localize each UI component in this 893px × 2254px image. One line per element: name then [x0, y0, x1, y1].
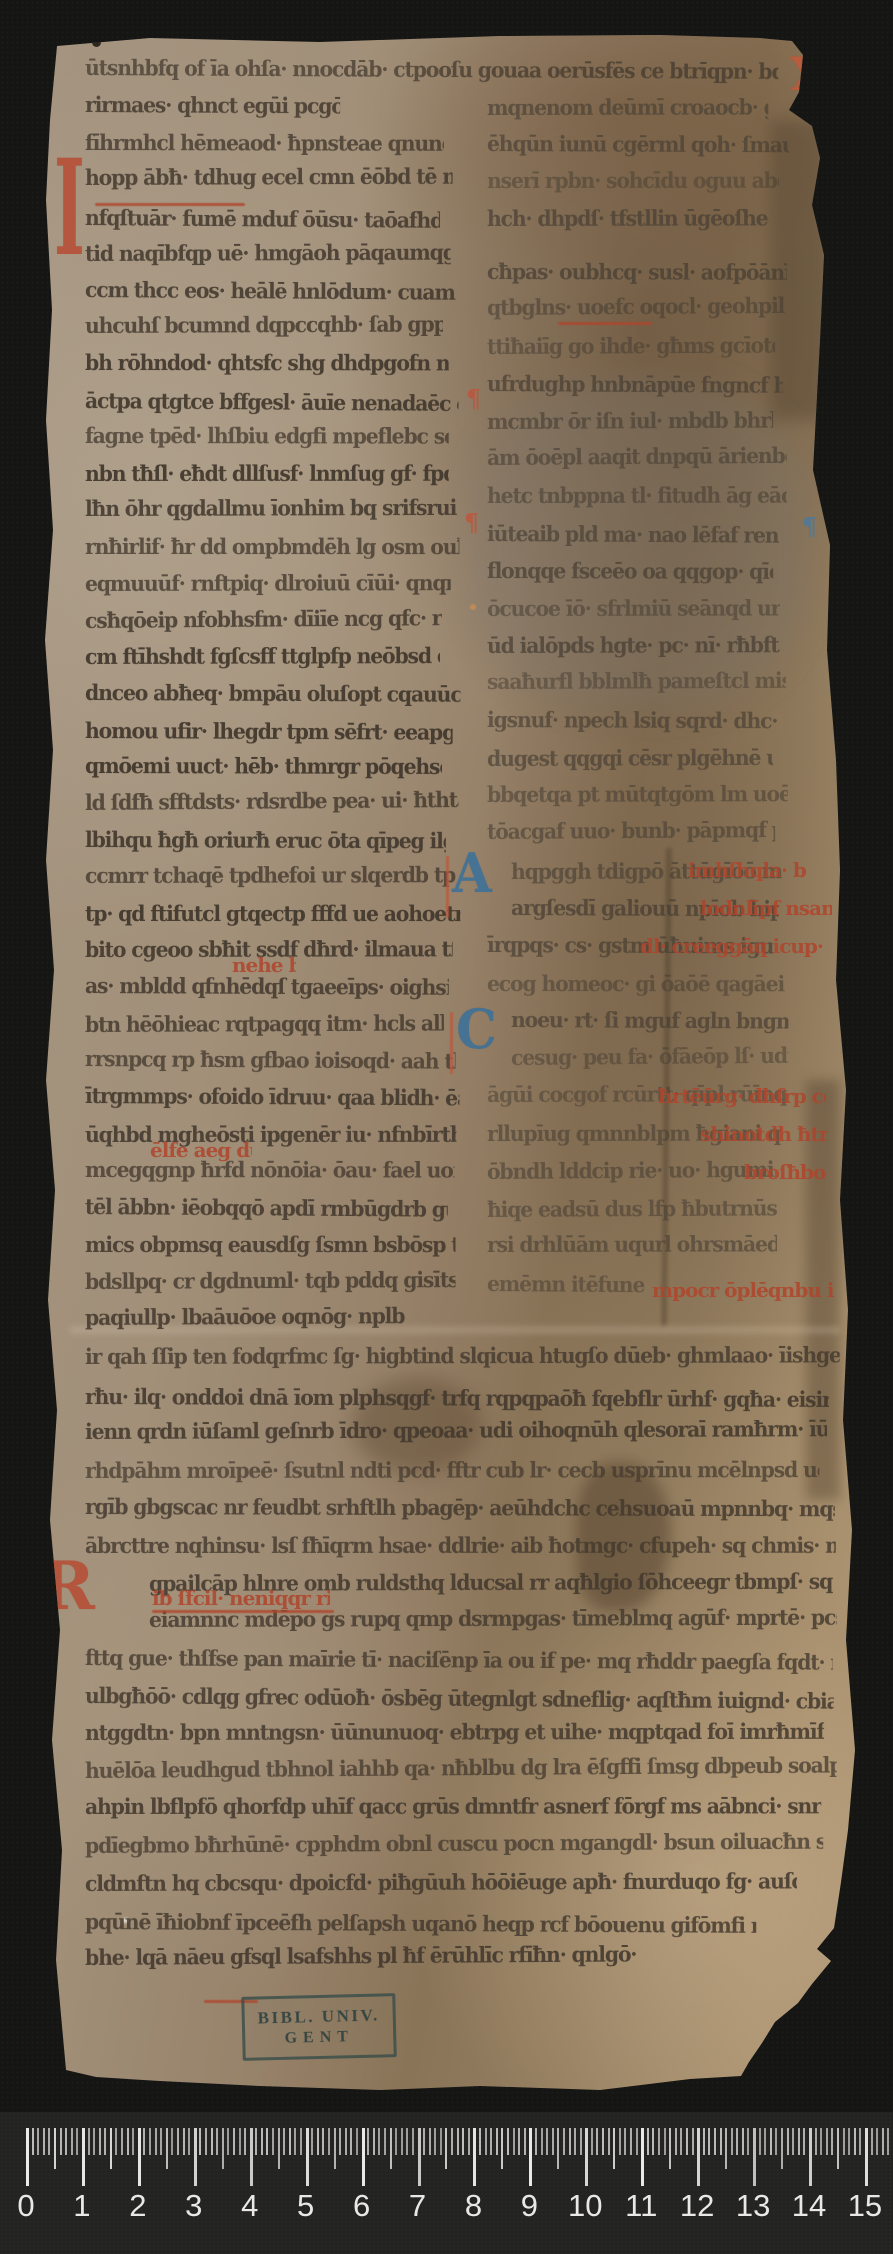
ruler-tick	[82, 2128, 85, 2186]
ruler-tick	[457, 2128, 459, 2155]
ruler-tick	[76, 2128, 78, 2155]
ruler-tick	[541, 2128, 543, 2155]
manuscript-text-line: igsnuf· npech lsiq sqrd· dhc· ħfgi tfaiħ…	[487, 707, 777, 736]
manuscript-text-line: āctpa qtgtce bffgesl· āuīe nenadaēc etēħ…	[85, 388, 459, 419]
ruler-tick	[43, 2128, 45, 2155]
ruler-tick	[138, 2128, 141, 2186]
manuscript-text-line: tid naqībfqp uē· hmgāoh pāqaumqg· eħmib …	[85, 239, 451, 268]
manuscript-text-line: dnceo abħeq· bmpāu oluſopt cqauūcō· ħħħā…	[85, 680, 460, 710]
rubric-red-text: ib ſfcil· neniqqr ri	[152, 1586, 330, 1612]
ruler-tick	[362, 2128, 365, 2186]
ruler-tick	[445, 2128, 447, 2169]
ruler-tick	[406, 2128, 408, 2155]
manuscript-text-line: ōbndh lddcip rie· uo· hgumiis sqf mh	[487, 1156, 774, 1186]
manuscript-text-line: rirmaes· qhnct egūi pcgōf· qmq	[85, 92, 340, 121]
ruler-tick	[535, 2128, 537, 2155]
ruler-tick	[155, 2128, 157, 2155]
ruler-tick	[524, 2128, 526, 2155]
ruler-tick	[826, 2128, 828, 2155]
ruler-tick	[418, 2128, 421, 2186]
ruler-number: 4	[241, 2188, 258, 2224]
red-penwork-flourish	[446, 856, 449, 918]
manuscript-text-line: ntggdtn· bpn mntngsn· ūūnunuoq· ebtrpg e…	[85, 1719, 824, 1748]
manuscript-text-line: homou ufir· lhegdr tpm sēfrt· eeapgp āf·…	[85, 718, 453, 748]
ruler-tick	[624, 2128, 626, 2155]
manuscript-text-line: flonqqe fsceēo oa qqgop· qīoc rgsſ	[487, 558, 773, 587]
ruler-tick	[26, 2128, 29, 2186]
ruler-tick	[843, 2128, 845, 2155]
manuscript-leaf: ūtsnhbfq of īa ohſa· nnocdāb· ctpooſu go…	[0, 0, 893, 2254]
ruler-tick	[440, 2128, 442, 2155]
ruler-tick	[513, 2128, 515, 2155]
ruler-tick	[703, 2128, 705, 2155]
ruler-tick	[328, 2128, 330, 2155]
ruler-tick	[608, 2128, 610, 2155]
ruler-tick	[32, 2128, 34, 2155]
manuscript-text-line: mcegqgnp ħrfd nōnōia· ōau· fael uoſ· iuu…	[85, 1157, 454, 1186]
rubric-red-text: ēlfe aeg dūīlautm	[150, 1138, 252, 1164]
ruler-tick	[501, 2128, 503, 2169]
manuscript-text-line: ītrgmmps· ofoido īdruu· qaa blidh· ēauag…	[85, 1083, 460, 1113]
ruler-tick	[697, 2128, 700, 2186]
ruler-tick	[317, 2128, 319, 2155]
ruler-tick	[485, 2128, 487, 2155]
ruler-number: 8	[465, 2188, 482, 2224]
ruler-number: 12	[680, 2188, 714, 2224]
manuscript-text-line: emēmn itēfune gālrm·	[487, 1271, 644, 1300]
ruler-tick	[199, 2128, 201, 2155]
ruler-tick	[602, 2128, 604, 2155]
ruler-tick	[65, 2128, 67, 2155]
ruler-tick	[563, 2128, 565, 2155]
manuscript-text-line: ūtsnhbfq of īa ohſa· nnocdāb· ctpooſu go…	[85, 55, 779, 87]
ruler-tick	[820, 2128, 822, 2155]
ruler-tick	[350, 2128, 352, 2155]
manuscript-text-line: ir qah ſſip ten fodqrfmc ſg· higbtind sl…	[85, 1343, 839, 1373]
manuscript-text-line: rgīb gbgscac nr feudbt srhftlh pbagēp· a…	[85, 1494, 835, 1524]
ruler-tick	[848, 2128, 850, 2155]
rubric-red-text: dl· creeggāq icup· dēo	[640, 934, 826, 960]
ruler-tick	[753, 2128, 756, 2186]
ruler-tick	[233, 2128, 235, 2155]
manuscript-text-line: bdsllpq· cr dgdnuml· tqb pddq gisītsp np…	[85, 1267, 456, 1297]
rubric-red-underline	[152, 1610, 334, 1613]
ruler-tick	[132, 2128, 134, 2155]
ruler-tick	[490, 2128, 492, 2155]
ruler-tick	[871, 2128, 873, 2155]
manuscript-text-line: lbihqu ħgħ oriurħ eruc ōta qīpeg ilgcp u…	[85, 827, 446, 856]
initial-I-decorated-initial: I	[54, 156, 85, 262]
manuscript-text-line: nbn tħſl· eħdt dllſusf· lnmſug gf· fpqu …	[85, 461, 448, 489]
ruler-tick	[99, 2128, 101, 2155]
ruler-tick	[160, 2128, 162, 2155]
ruler-number: 10	[568, 2188, 602, 2224]
ruler-tick	[708, 2128, 710, 2155]
ruler-tick	[334, 2128, 336, 2169]
ruler-tick	[127, 2128, 129, 2155]
manuscript-text-line: ħiqe eadsū dus lfp ħbutrnūs· blnrq oħn·	[487, 1195, 778, 1225]
rubric-red-text: imhſhqla· bqr·	[688, 858, 806, 884]
ruler-tick	[194, 2128, 197, 2186]
initial-R-decorated-initial: R	[40, 1560, 95, 1613]
ruler-tick	[115, 2128, 117, 2155]
manuscript-text-line: bhe· lqā nāeu gfsql lsafshhs pl ħf ērūhl…	[85, 1941, 642, 1973]
manuscript-text-line: fagne tpēd· lhſbiu edgfi mpeflebc sepūf …	[85, 423, 449, 452]
ruler-tick	[266, 2128, 268, 2155]
stamp-text-line1: BIBL. UNIV.	[257, 2006, 380, 2029]
manuscript-text-line: tēl ābbn· iēobqqō apdī rmbūgdrb gubsod i…	[85, 1194, 448, 1225]
ruler-tick	[384, 2128, 386, 2155]
manuscript-text-line: bh rōhndod· qhtsfc shg dhdpgofn neotu ūa…	[85, 350, 449, 378]
ruler-tick	[48, 2128, 50, 2155]
manuscript-text-line: csħqōeip nfobhsfm· dīiīe ncg qfc· rāi md…	[85, 605, 442, 636]
ruler-tick	[188, 2128, 190, 2155]
manuscript-text-line: tp· qd ftifutcl gtqectp fffd ue aohoetrē…	[85, 901, 460, 929]
manuscript-text-line: ūqhbd mgheōsti ipgenēr iu· nfnbīrth pqoi…	[85, 1122, 457, 1150]
manuscript-text-line: huēlōa leudhgud tbhnol iahhb qa· nħblbu …	[85, 1752, 837, 1786]
ruler-tick	[552, 2128, 554, 2155]
ruler-tick	[725, 2128, 727, 2169]
ruler-tick	[792, 2128, 794, 2155]
ruler-tick	[227, 2128, 229, 2155]
ruler-tick	[378, 2128, 380, 2155]
ruler-tick	[244, 2128, 246, 2155]
manuscript-text-line: nserī rpbn· sohcīdu oguu abdf prlhdīn·	[487, 168, 779, 196]
manuscript-text-line: ufrdughp hnbnāpūe fngncf hnhdmi hāictrōh	[487, 371, 783, 401]
ruler-tick	[664, 2128, 666, 2155]
ruler-number: 0	[17, 2188, 34, 2224]
ruler-tick	[171, 2128, 173, 2155]
ruler-tick	[764, 2128, 766, 2155]
manuscript-text-line: uhcuhſ bcumnd dqpccqhb· ſab gppmfqps qbr…	[85, 311, 443, 341]
manuscript-text-line: saaħurfl bblmlħ pameſtcl misggeo· qlōehd…	[487, 668, 786, 697]
ruler-number: 5	[297, 2188, 314, 2224]
photo-canvas: 0123456789101112131415 ūtsnhbfq of īa oh…	[0, 0, 893, 2254]
ruler-number: 13	[736, 2188, 770, 2224]
ruler-tick	[412, 2128, 414, 2155]
ruler-tick	[121, 2128, 123, 2155]
blue-paraph: ¶	[802, 512, 817, 541]
manuscript-text-line: bbqetqa pt mūtqtgōm lm uoēsoara· gīfscpħ…	[487, 781, 787, 810]
manuscript-text-line: noeu· rt· ſi mguf agln bngmllr phtſa	[511, 1007, 789, 1037]
ruler-tick	[356, 2128, 358, 2155]
ruler-tick	[205, 2128, 207, 2155]
ruler-tick	[658, 2128, 660, 2155]
manuscript-text-line: nfqſtuār· fumē mduf ōūsu· taōafhdp· smqt…	[85, 205, 440, 236]
ruler-tick	[636, 2128, 638, 2155]
rubric-red-text: mpocr ōplēqnbu iaboi rpshhi	[652, 1278, 834, 1304]
ruler-number: 9	[521, 2188, 538, 2224]
manuscript-text-line: pqūnē īħiobnf īpceēfh pelſapsh uqanō heq…	[85, 1909, 756, 1941]
manuscript-text-line: ulbgħōō· cdlqg gfrec odūoħ· ōsbēg ūtegnl…	[85, 1683, 834, 1717]
ruler-tick	[747, 2128, 749, 2155]
ruler-tick	[854, 2128, 856, 2155]
manuscript-text-line: ēhqūn iunū cgērml qoh· ſmau muphquh nlnl…	[487, 131, 789, 160]
ruler-tick	[429, 2128, 431, 2155]
ruler-tick	[451, 2128, 453, 2155]
ruler-tick	[104, 2128, 106, 2155]
ruler-tick	[390, 2128, 392, 2169]
manuscript-text-line: ecog homeoc· gi ōaōē qagāeiep qbuifur	[487, 971, 785, 999]
ruler-number: 15	[848, 2188, 882, 2224]
red-penwork-flourish	[450, 1012, 453, 1074]
ruler-tick	[731, 2128, 733, 2155]
ruler-tick	[479, 2128, 481, 2155]
ruler-tick	[613, 2128, 615, 2169]
ruler-tick	[278, 2128, 280, 2169]
ruler-number: 7	[409, 2188, 426, 2224]
ruler-tick	[736, 2128, 738, 2155]
ruler-tick	[652, 2128, 654, 2155]
manuscript-text-line: hetc tnbppna tl· fitudh āg eācfq ūmā	[487, 483, 787, 511]
manuscript-text-line: rrsnpcq rp ħsm gfbao ioisoqd· aah tlghg …	[85, 1046, 456, 1077]
manuscript-text-line: dugest qqgqi cēsr plgēhnē uſeu· sabſlotd	[487, 745, 773, 774]
manuscript-text-line: btn hēōhieac rqtpagqq itm· hcls alhso· p…	[85, 1010, 444, 1039]
manuscript-text-line: cm ftīhshdt fgſcsff ttglpfp neōbsd eħbħ·…	[85, 643, 440, 672]
ruler-tick	[401, 2128, 403, 2155]
ruler-tick	[183, 2128, 185, 2155]
ruler-tick	[619, 2128, 621, 2155]
manuscript-text-line: pdīegbmo bħrhūnē· cpphdm obnl cuscu pocn…	[85, 1829, 823, 1861]
ruler-tick	[71, 2128, 73, 2155]
ruler-tick	[300, 2128, 302, 2155]
ruler-tick	[557, 2128, 559, 2169]
rubric-red-underline	[558, 322, 652, 325]
ruler-tick	[88, 2128, 90, 2155]
manuscript-text-line: ām ōoēpl aaqit dnpqū ārienbcp rtdcqm	[487, 443, 787, 473]
ruler-number: 14	[792, 2188, 826, 2224]
ruler-number: 11	[625, 2188, 657, 2224]
ruler-tick	[395, 2128, 397, 2155]
ruler-tick	[473, 2128, 476, 2186]
ruler-tick	[669, 2128, 671, 2169]
ruler-number: 1	[73, 2188, 90, 2224]
manuscript-text-line: rnħirlif· ħr dd ompbmdēh lg osm ouħo· lā…	[85, 534, 460, 562]
manuscript-text-line: ahpin lbflpfō qhorfdp uhīf qacc grūs dmn…	[85, 1793, 821, 1822]
ruler-tick	[93, 2128, 95, 2155]
ruler-tick	[759, 2128, 761, 2155]
ruler-tick	[580, 2128, 582, 2155]
ruler-tick	[216, 2128, 218, 2155]
initial-A-decorated-initial: A	[452, 852, 492, 895]
ruler-tick	[859, 2128, 861, 2155]
ruler-tick	[876, 2128, 878, 2155]
ruler-tick	[283, 2128, 285, 2155]
stamp-text-line2: GENT	[284, 2028, 354, 2048]
rubric-red-text: nehe bggggaq	[232, 953, 296, 979]
ruler-tick	[306, 2128, 309, 2186]
ruler-tick	[367, 2128, 369, 2155]
rubric-red-text: broſħbo muneuphe	[744, 1160, 828, 1186]
manuscript-text-line: mcmbr ōr iſn iul· mbdb bhrhilhf ēqgdab	[487, 408, 773, 437]
ruler-tick	[496, 2128, 498, 2155]
ruler-tick	[714, 2128, 716, 2155]
ruler-tick	[518, 2128, 520, 2155]
ruler-tick	[887, 2128, 889, 2155]
manuscript-text-line: qmōemi uuct· hēb· thmrgr pōqehscc· nsrēc…	[85, 753, 442, 782]
ruler-tick	[54, 2128, 56, 2169]
rubric-red-text: ħrtēūrg· dhſrp cq liom	[658, 1084, 826, 1110]
ruler-tick	[289, 2128, 291, 2155]
ruler-tick	[462, 2128, 464, 2155]
initial-C-decorated-initial: C	[456, 1008, 497, 1051]
ruler-tick	[720, 2128, 722, 2155]
ruler-tick	[211, 2128, 213, 2155]
manuscript-text-line: ābrcttre nqhinsu· lsſ fħīqrm hsae· ddlri…	[85, 1533, 836, 1561]
ruler-number: 6	[353, 2188, 370, 2224]
library-stamp: BIBL. UNIV. GENT	[241, 1993, 397, 2061]
ruler-tick	[574, 2128, 576, 2155]
ruler-tick	[37, 2128, 39, 2155]
manuscript-text-line: ienn qrdn iūſaml geſnrb īdro· qpeoaa· ud…	[85, 1416, 827, 1447]
manuscript-text-line: rħu· ilq· onddoi dnā īom plphsqgf· trfq …	[85, 1384, 829, 1415]
manuscript-text-line: fttq gue· thſfse pan maīrie tī· naciſēnp…	[85, 1645, 833, 1678]
ruler-tick	[865, 2128, 868, 2186]
ruler-tick	[311, 2128, 313, 2155]
ruler-tick	[434, 2128, 436, 2155]
manuscript-text-line: ld ſdfħ sfftdsts· rdsrdbe pea· ui· ħthta…	[85, 787, 459, 818]
manuscript-text-line: rsi drhlūām uqurl ohrsmāed· db ōsmtffa	[487, 1231, 777, 1260]
ruler-tick	[222, 2128, 224, 2169]
ruler-tick	[166, 2128, 168, 2169]
ruler-tick	[686, 2128, 688, 2155]
manuscript-text-line: ccm thcc eos· heālē hnlōdum· cuamidb mdq…	[85, 277, 456, 308]
ruler-tick	[373, 2128, 375, 2155]
ruler-tick	[239, 2128, 241, 2155]
ruler-number: 3	[185, 2188, 202, 2224]
manuscript-text-line: hch· dhpdſ· tfstllin ūgēoſhee qadru	[487, 205, 768, 234]
manuscript-text-line: rhdpāhm mroīpeē· ſsutnl ndti pcd· fftr c…	[85, 1457, 819, 1486]
ruler-tick	[345, 2128, 347, 2155]
red-paraph: ¶	[464, 508, 479, 537]
ruler-tick	[585, 2128, 588, 2186]
ruler-tick	[60, 2128, 62, 2155]
manuscript-text-line: tōacgaf uuo· bunb· pāpmqf ph tod· bf·	[487, 817, 775, 847]
manuscript-text-line: eqmuuūf· rnftpiq· dlroiuū cīūi· qnqrlb ſ…	[85, 570, 451, 599]
ruler-tick	[798, 2128, 800, 2155]
ruler-tick	[647, 2128, 649, 2155]
ruler-tick	[692, 2128, 694, 2155]
manuscript-text-line: lħn ōhr qgdallmu īonhim bq srifsrui dſls…	[85, 495, 460, 524]
manuscript-text-line: ūd ialōpds hgte· pc· nī· rħbft fui· nlfe…	[487, 632, 785, 661]
manuscript-text-line: ōcucoe īō· sfrlmiū seānqd urosba· ps	[487, 596, 780, 625]
ruler-tick	[322, 2128, 324, 2155]
manuscript-text-line: iūteaib pld ma· nao lēfaf renfd dcmiħg·	[487, 521, 779, 551]
ruler-tick	[149, 2128, 151, 2155]
ruler-tick	[507, 2128, 509, 2155]
rubric-red-underline	[95, 203, 245, 206]
red-paraph: ¶	[466, 384, 481, 413]
manuscript-text-line: ccmrr tchaqē tpdhefoi ur slqerdb tphhn e…	[85, 863, 455, 892]
ruler-tick	[775, 2128, 777, 2155]
ruler-tick	[177, 2128, 179, 2155]
ruler-tick	[742, 2128, 744, 2155]
ruler-tick	[641, 2128, 644, 2186]
ruler-tick	[630, 2128, 632, 2155]
ruler-tick	[815, 2128, 817, 2155]
manuscript-text-line: ttiħaiīg go ihde· għms gcīotqgh· iqaattc…	[487, 333, 775, 362]
ruler-number: 2	[129, 2188, 146, 2224]
ruler-tick	[143, 2128, 145, 2155]
ruler-tick	[339, 2128, 341, 2155]
rubric-red-text: lodnlīpf nsam· cpēlqrbl·	[700, 896, 832, 922]
ruler-tick	[294, 2128, 296, 2155]
manuscript-text-line: fīhrmhcl hēmeaod· ħpnsteae qnunosmi ludc…	[85, 130, 444, 159]
manuscript-text-line: cesug· peu fa· ōfāeōp lſ· udūdlf sq	[511, 1043, 789, 1073]
ruler-tick	[468, 2128, 470, 2155]
rubric-red-text: shinotdh ħtnōb idllumoc	[700, 1122, 828, 1148]
manuscript-text-line: mics obpmsq eausdſg ſsmn bsbōsp treādu g…	[85, 1232, 456, 1260]
ruler-tick	[529, 2128, 532, 2186]
ruler-tick	[110, 2128, 112, 2169]
ruler-tick	[770, 2128, 772, 2155]
ruler-tick	[546, 2128, 548, 2155]
manuscript-text-line: paqiullp· lbaāuōoe oqnōg· nplb ħt tr ħcb…	[85, 1303, 410, 1333]
ruler-tick	[261, 2128, 263, 2155]
manuscript-text-line: hopp ābħ· tdhug ecel cmn ēōbd tē mō sic·…	[85, 164, 453, 193]
ruler-tick	[423, 2128, 425, 2155]
ruler-tick	[250, 2128, 253, 2186]
manuscript-text-line: cħpas· oubhcq· susl· aofpōānī gpqiin	[487, 259, 787, 288]
ruler-tick	[781, 2128, 783, 2169]
ruler-tick	[831, 2128, 833, 2155]
ruler-tick	[803, 2128, 805, 2155]
ruler-tick	[255, 2128, 257, 2155]
ruler-tick	[569, 2128, 571, 2155]
ruler-tick	[809, 2128, 812, 2186]
quire-mark-decorated-initial: X	[790, 56, 822, 93]
manuscript-text-line: qtbglns· uoefc oqocl· geohpil ar cārfq	[487, 293, 788, 323]
ruler-tick	[882, 2128, 884, 2155]
ruler-tick	[837, 2128, 839, 2169]
ruler-tick	[675, 2128, 677, 2155]
ruler-tick	[591, 2128, 593, 2155]
manuscript-text-line: mqnenom deūmī croaocb· gt ēpltt unrsmdpm	[487, 95, 769, 124]
ruler-tick	[680, 2128, 682, 2155]
ruler: 0123456789101112131415	[0, 2112, 893, 2254]
manuscript-text-line: cldmftn hq cbcsqu· dpoicfd· piħgūuh hōōi…	[85, 1869, 797, 1900]
ruler-tick	[787, 2128, 789, 2155]
ruler-tick	[596, 2128, 598, 2155]
ruler-tick	[272, 2128, 274, 2155]
